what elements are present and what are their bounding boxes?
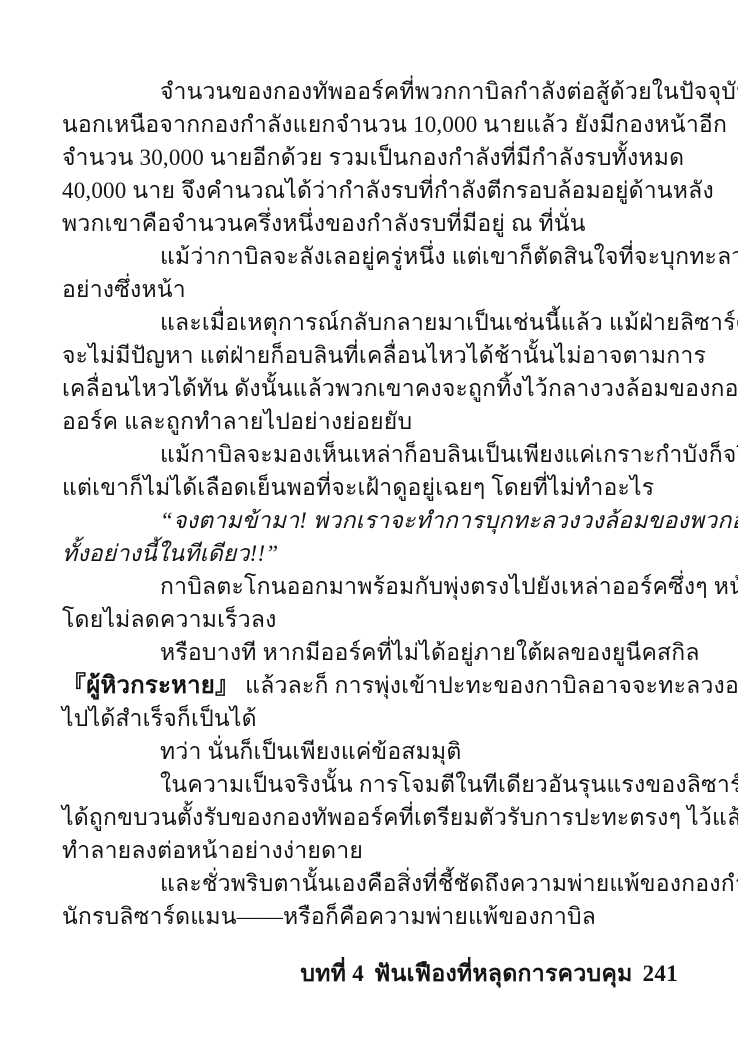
- text-line: 『ผู้หิวกระหาย』 แล้วละก็ การพุ่งเข้าปะทะข…: [62, 669, 678, 702]
- text-line: จำนวนของกองทัพออร์คที่พวกกาบิลกำลังต่อสู…: [62, 75, 678, 108]
- text-line: ออร์ค และถูกทำลายไปอย่างย่อยยับ: [62, 405, 678, 438]
- page-number: 241: [643, 961, 678, 986]
- text-line: พวกเขาคือจำนวนครึ่งหนึ่งของกำลังรบที่มีอ…: [62, 207, 678, 240]
- text-line: ได้ถูกขบวนตั้งรับของกองทัพออร์คที่เตรียม…: [62, 801, 678, 834]
- text-line: และชั่วพริบตานั้นเองคือสิ่งที่ชี้ชัดถึงค…: [62, 867, 678, 900]
- text-line: 40,000 นาย จึงคำนวณได้ว่ากำลังรบที่กำลัง…: [62, 174, 678, 207]
- text-line: และเมื่อเหตุการณ์กลับกลายมาเป็นเช่นนี้แล…: [62, 306, 678, 339]
- text-line: ไปได้สำเร็จก็เป็นได้: [62, 702, 678, 735]
- text-line: ในความเป็นจริงนั้น การโจมตีในทีเดียวอันร…: [62, 768, 678, 801]
- text-line: กาบิลตะโกนออกมาพร้อมกับพุ่งตรงไปยังเหล่า…: [62, 570, 678, 603]
- text-line: แม้กาบิลจะมองเห็นเหล่าก็อบลินเป็นเพียงแค…: [62, 438, 678, 471]
- text-line: จำนวน 30,000 นายอีกด้วย รวมเป็นกองกำลังท…: [62, 141, 678, 174]
- dialogue-line: “จงตามข้ามา! พวกเราจะทำการบุกทะลวงวงล้อม…: [62, 504, 678, 537]
- text-line: นักรบลิซาร์ดแมน——หรือก็คือความพ่ายแพ้ของ…: [62, 900, 678, 933]
- unique-skill-name: 『ผู้หิวกระหาย』: [62, 673, 239, 699]
- text-line: โดยไม่ลดความเร็วลง: [62, 603, 678, 636]
- text-line: หรือบางที หากมีออร์คที่ไม่ได้อยู่ภายใต้ผ…: [62, 636, 678, 669]
- text-line: ทำลายลงต่อหน้าอย่างง่ายดาย: [62, 834, 678, 867]
- text-line: อย่างซึ่งหน้า: [62, 273, 678, 306]
- text-line-segment: แล้วละก็ การพุ่งเข้าปะทะของกาบิลอาจจะทะล…: [239, 673, 738, 698]
- text-line: แม้ว่ากาบิลจะลังเลอยู่ครู่หนึ่ง แต่เขาก็…: [62, 240, 678, 273]
- dialogue-line: ทั้งอย่างนี้ในทีเดียว!!”: [62, 537, 678, 570]
- text-line: นอกเหนือจากกองกำลังแยกจำนวน 10,000 นายแล…: [62, 108, 678, 141]
- text-line: เคลื่อนไหวได้ทัน ดังนั้นแล้วพวกเขาคงจะถู…: [62, 372, 678, 405]
- book-page: { "page": { "background_color": "#ffffff…: [0, 0, 738, 1051]
- text-line: ทว่า นั่นก็เป็นเพียงแค่ข้อสมมุติ: [62, 735, 678, 768]
- text-line: แต่เขาก็ไม่ได้เลือดเย็นพอที่จะเฝ้าดูอยู่…: [62, 471, 678, 504]
- chapter-title: ฟันเฟืองที่หลุดการควบคุม: [374, 961, 633, 986]
- text-line: จะไม่มีปัญหา แต่ฝ่ายก็อบลินที่เคลื่อนไหว…: [62, 339, 678, 372]
- chapter-label: บทที่ 4: [300, 961, 364, 986]
- body-text: จำนวนของกองทัพออร์คที่พวกกาบิลกำลังต่อสู…: [62, 75, 678, 933]
- chapter-footer: บทที่ 4ฟันเฟืองที่หลุดการควบคุม241: [300, 956, 678, 992]
